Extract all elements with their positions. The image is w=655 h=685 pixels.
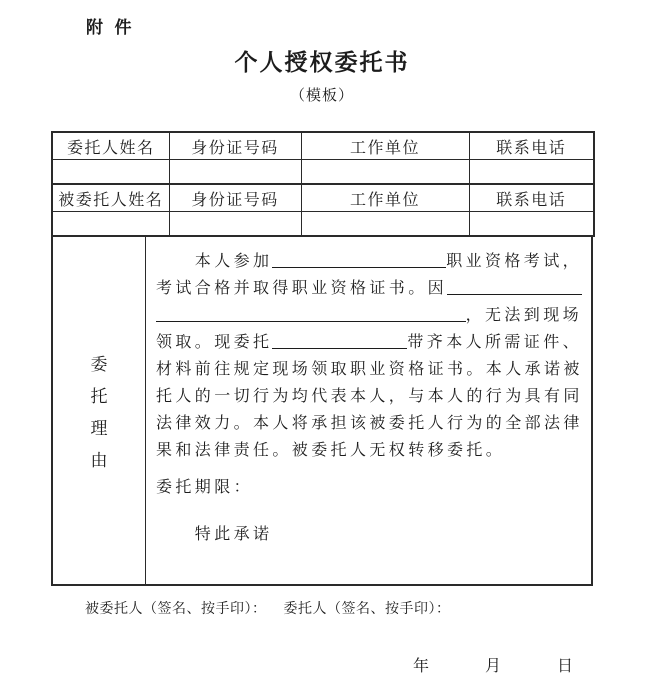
trustee-info-table: 被委托人姓名身份证号码工作单位联系电话 (51, 183, 595, 237)
input-cell[interactable] (469, 212, 594, 237)
reason-text: 果和法律责任。被委托人无权转移委托。 (156, 437, 505, 460)
document-subtitle: （模板） (51, 84, 593, 105)
reason-line: 委托期限： (156, 472, 582, 499)
reason-line (156, 499, 582, 519)
reason-text: 法律效力。本人将承担该被委托人行为的全部法律后 (156, 410, 582, 433)
column-header-cell: 身份证号码 (169, 184, 301, 212)
reason-line: 领取。现委托带齐本人所需证件、 (156, 327, 582, 354)
reason-text: 托人的一切行为均代表本人，与本人的行为具有同等 (156, 383, 582, 406)
reason-line: ，无法到现场 (156, 300, 582, 327)
date-day-label: 日 (557, 653, 573, 676)
trustee-signature-label[interactable]: 被委托人（签名、按手印）： (85, 598, 267, 618)
reason-line: 法律效力。本人将承担该被委托人行为的全部法律后 (156, 408, 582, 435)
reason-label-char: 理 (91, 414, 108, 439)
input-cell[interactable] (301, 160, 469, 185)
reason-text: 委托期限： (156, 474, 253, 497)
principal-info-table: 委托人姓名身份证号码工作单位联系电话 (51, 131, 595, 185)
reason-line: 果和法律责任。被委托人无权转移委托。 (156, 435, 582, 462)
attachment-label: 附 件 (86, 13, 133, 38)
reason-line (156, 462, 582, 472)
reason-line: 特此承诺 (156, 519, 582, 546)
reason-vertical-label: 委托理由 (53, 237, 146, 584)
principal-signature-label[interactable]: 委托人（签名、按手印）： (284, 598, 451, 618)
column-header-cell: 委托人姓名 (52, 132, 169, 160)
reason-section: 委托理由 本人参加职业资格考试，考试合格并取得职业资格证书。因，无法到现场领取。… (51, 235, 593, 586)
date-row: 年 月 日 (413, 653, 573, 676)
document-title: 个人授权委托书 (51, 44, 593, 77)
reason-text: 领取。现委托 (156, 329, 272, 352)
reason-line: 托人的一切行为均代表本人，与本人的行为具有同等 (156, 381, 582, 408)
signature-row: 被委托人（签名、按手印）： 委托人（签名、按手印）： (85, 598, 451, 618)
input-cell[interactable] (52, 212, 169, 237)
fill-in-blank[interactable] (272, 348, 407, 349)
input-cell[interactable] (169, 160, 301, 185)
reason-label-char: 由 (91, 446, 108, 471)
form-body: 委托人姓名身份证号码工作单位联系电话被委托人姓名身份证号码工作单位联系电话 委托… (51, 131, 593, 586)
reason-text: 特此承诺 (156, 521, 272, 544)
date-year-label: 年 (413, 653, 429, 676)
column-header-cell: 工作单位 (301, 184, 469, 212)
authorization-letter-page: 附 件 个人授权委托书 （模板） 委托人姓名身份证号码工作单位联系电话被委托人姓… (0, 0, 655, 685)
column-header-cell: 联系电话 (469, 132, 594, 160)
reason-text: 带齐本人所需证件、 (407, 329, 582, 352)
reason-text: ，无法到现场 (466, 302, 582, 325)
reason-text: 材料前往规定现场领取职业资格证书。本人承诺被委 (156, 356, 582, 379)
info-tables: 委托人姓名身份证号码工作单位联系电话被委托人姓名身份证号码工作单位联系电话 (51, 131, 593, 237)
input-cell[interactable] (301, 212, 469, 237)
reason-line: 考试合格并取得职业资格证书。因 (156, 273, 582, 300)
column-header-cell: 工作单位 (301, 132, 469, 160)
reason-line: 本人参加职业资格考试， (156, 246, 582, 273)
fill-in-blank[interactable] (447, 294, 582, 295)
reason-text: 本人参加 (156, 248, 272, 271)
date-month-label: 月 (485, 653, 501, 676)
reason-text: 考试合格并取得职业资格证书。因 (156, 275, 447, 298)
fill-in-blank[interactable] (272, 267, 446, 268)
reason-label-char: 委 (91, 350, 108, 375)
input-cell[interactable] (469, 160, 594, 185)
column-header-cell: 身份证号码 (169, 132, 301, 160)
column-header-cell: 联系电话 (469, 184, 594, 212)
input-cell[interactable] (169, 212, 301, 237)
reason-label-char: 托 (91, 382, 108, 407)
reason-line: 材料前往规定现场领取职业资格证书。本人承诺被委 (156, 354, 582, 381)
column-header-cell: 被委托人姓名 (52, 184, 169, 212)
reason-content: 本人参加职业资格考试，考试合格并取得职业资格证书。因，无法到现场领取。现委托带齐… (146, 237, 591, 584)
reason-text: 职业资格考试， (446, 248, 582, 271)
input-cell[interactable] (52, 160, 169, 185)
fill-in-blank[interactable] (156, 321, 466, 322)
